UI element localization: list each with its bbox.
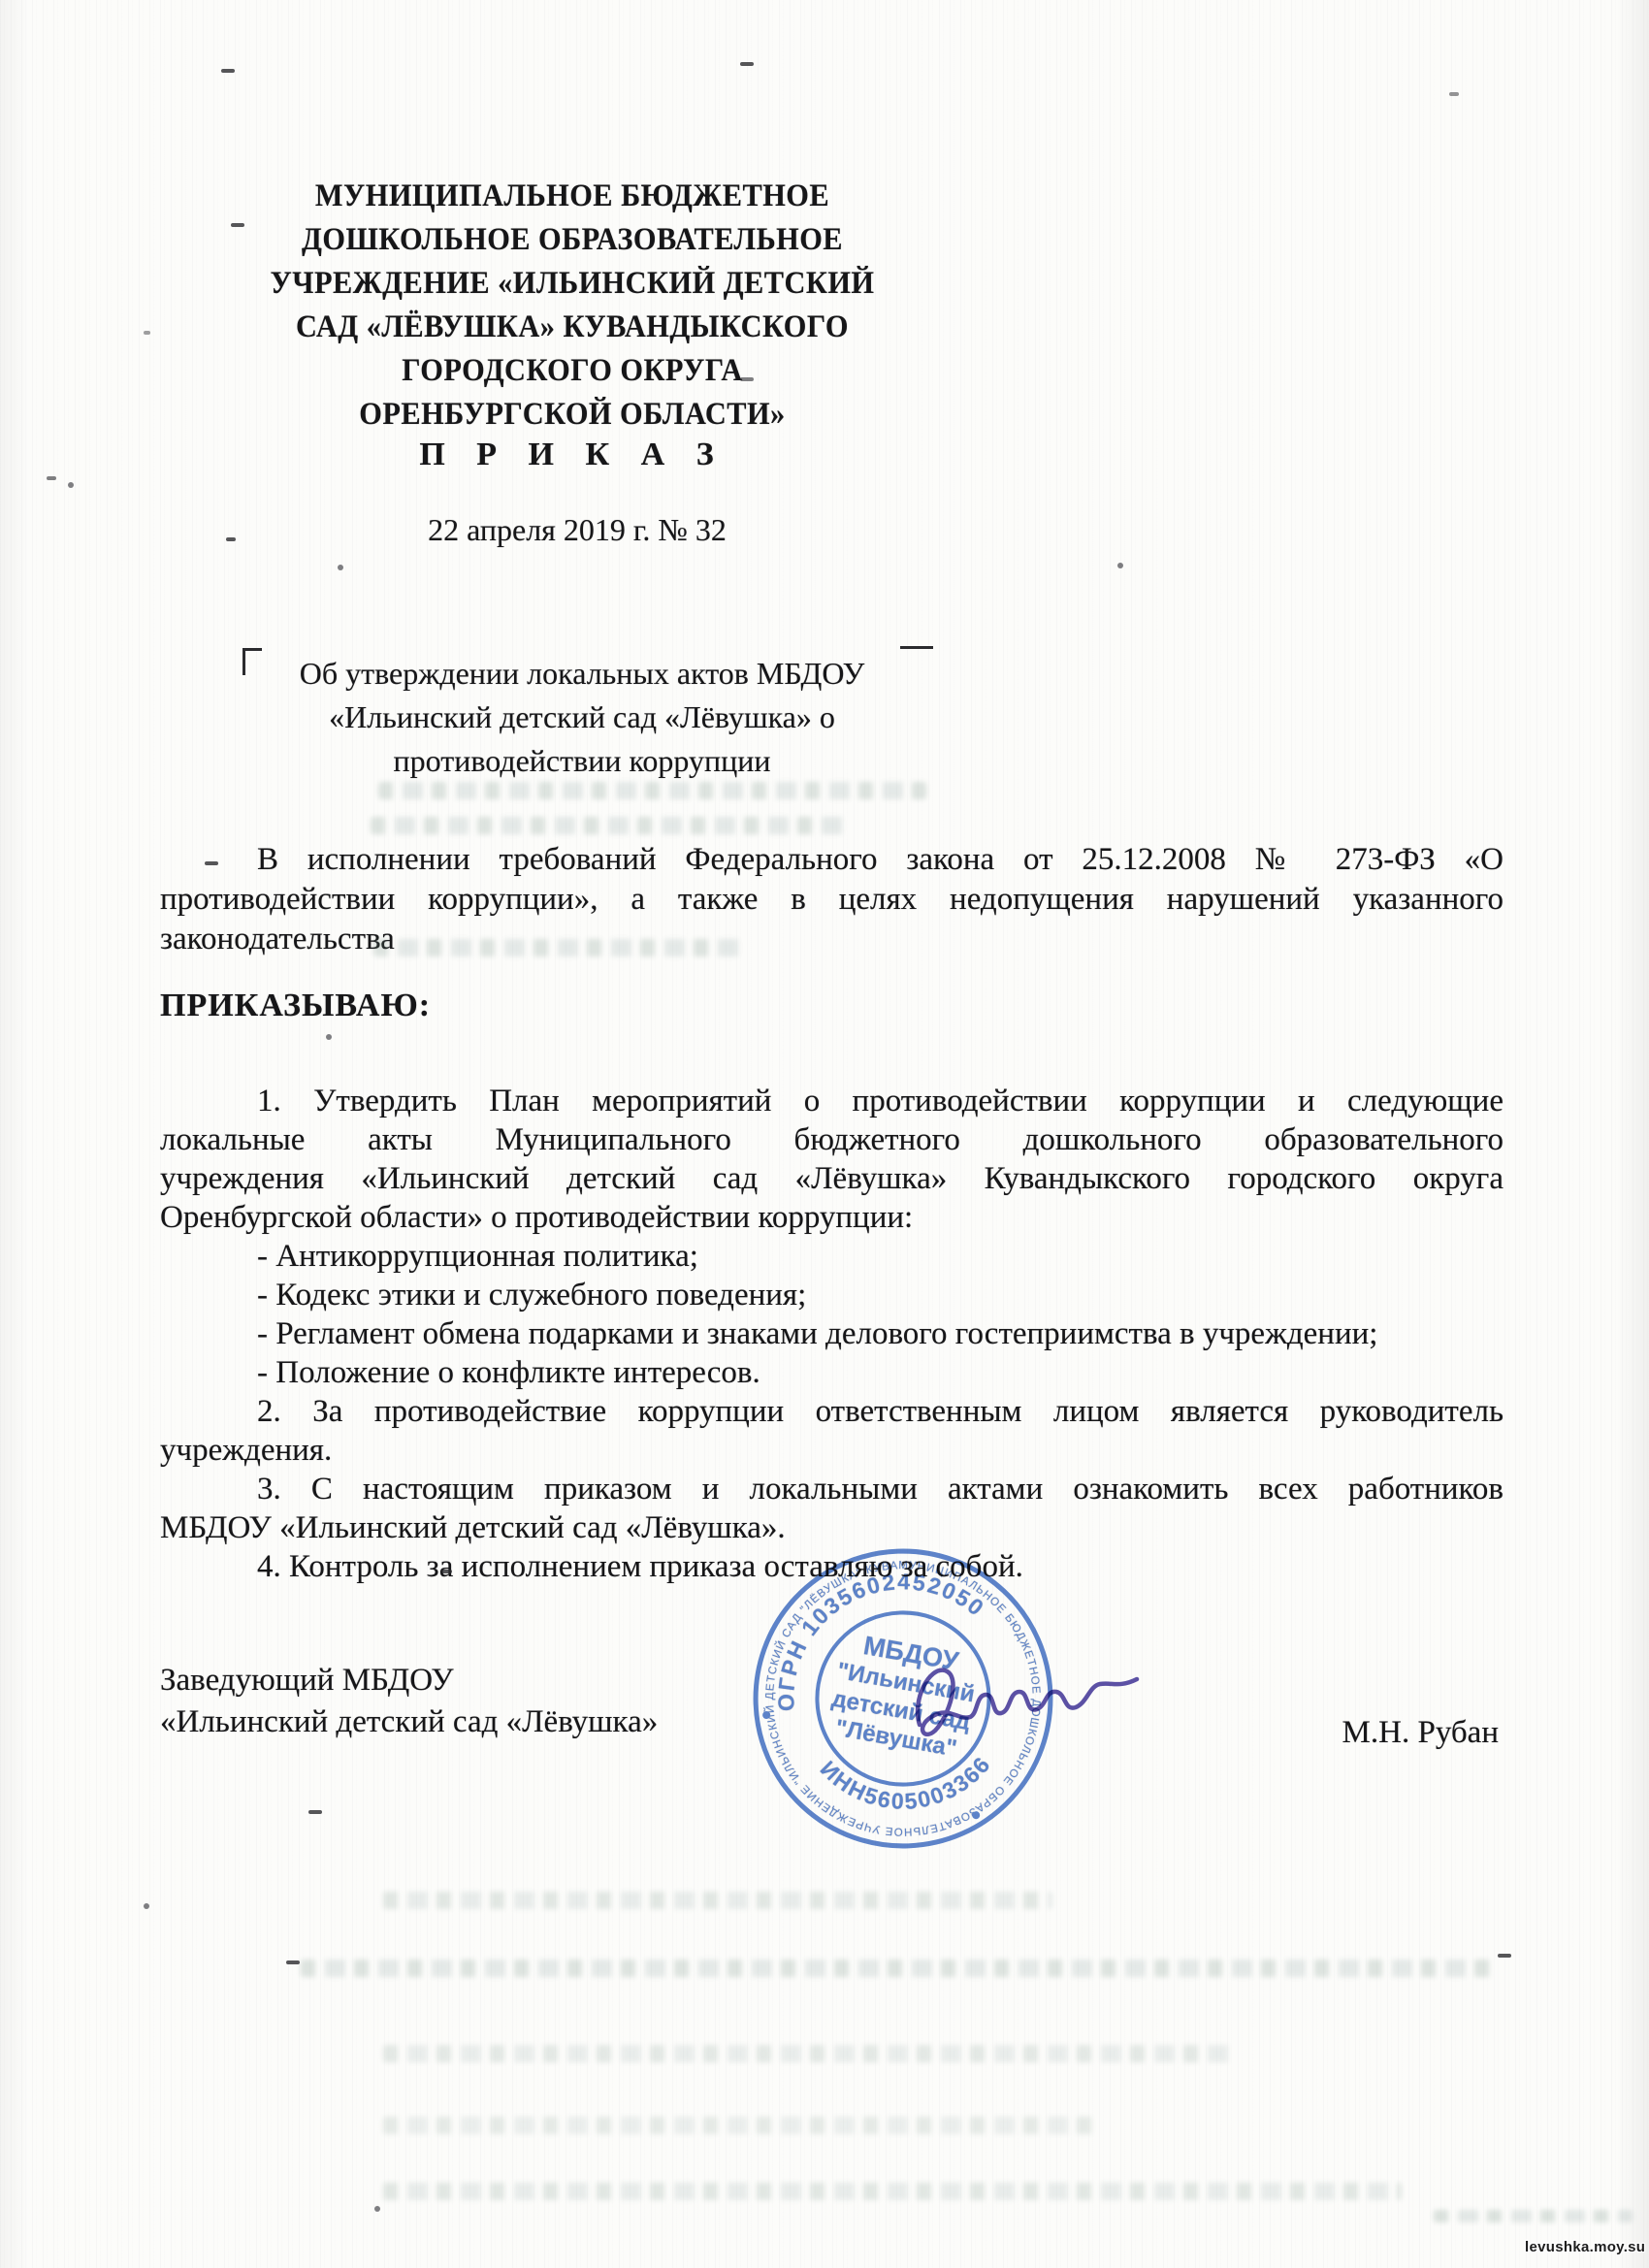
scan-artifact	[1449, 92, 1459, 96]
org-name-line: МУНИЦИПАЛЬНОЕ БЮДЖЕТНОЕ	[269, 175, 876, 218]
scan-artifact	[308, 1810, 322, 1814]
scan-artifact	[1498, 1954, 1511, 1958]
signature-position-line: Заведующий МБДОУ	[160, 1663, 839, 1699]
scan-artifact	[221, 69, 235, 73]
order-line: Оренбургской области» о противодействии …	[160, 1198, 1503, 1237]
order-line: локальные акты Муниципального бюджетного…	[160, 1120, 1503, 1159]
scan-artifact	[1117, 563, 1123, 568]
signature-ink	[902, 1649, 1154, 1766]
org-name-line: ДОШКОЛЬНОЕ ОБРАЗОВАТЕЛЬНОЕ	[269, 218, 876, 262]
ghost-bleed-line	[301, 1960, 1494, 1977]
scan-artifact	[144, 1903, 149, 1909]
scan-artifact	[144, 331, 150, 335]
subject-block: Об утверждении локальных актов МБДОУ «Ил…	[242, 652, 921, 783]
scan-artifact	[205, 861, 218, 865]
order-line: 1. Утвердить План мероприятий о противод…	[160, 1082, 1503, 1120]
order-line: учреждения.	[160, 1431, 1503, 1470]
scan-artifact	[740, 62, 754, 66]
order-line: - Кодекс этики и служебного поведения;	[160, 1276, 1503, 1314]
scan-artifact	[226, 537, 236, 541]
preamble-line: противодействии коррупции», а также в це…	[160, 880, 1503, 919]
ghost-bleed-line	[378, 782, 926, 799]
ghost-bleed-line	[1434, 2210, 1633, 2222]
order-line: - Положение о конфликте интересов.	[160, 1353, 1503, 1392]
scan-artifact	[740, 377, 754, 381]
order-heading: ПРИКАЗЫВАЮ:	[160, 988, 431, 1024]
handwritten-signature	[902, 1649, 1154, 1766]
ghost-bleed-line	[383, 2117, 1101, 2134]
order-line: учреждения «Ильинский детский сад «Лёвуш…	[160, 1159, 1503, 1198]
site-watermark: levushka.moy.su	[1525, 2239, 1645, 2255]
ghost-bleed-line	[383, 2183, 1402, 2200]
subject-line: «Ильинский детский сад «Лёвушка» о	[242, 696, 921, 739]
scan-artifact	[286, 1960, 300, 1964]
org-name-line: ГОРОДСКОГО ОКРУГА	[269, 349, 876, 393]
ghost-bleed-line	[383, 1892, 1052, 1909]
order-line: - Регламент обмена подарками и знаками д…	[160, 1314, 1503, 1353]
scan-artifact	[68, 482, 74, 488]
ghost-bleed-line	[373, 939, 742, 956]
ghost-bleed-line	[383, 2045, 1237, 2062]
org-name-header: МУНИЦИПАЛЬНОЕ БЮДЖЕТНОЕ ДОШКОЛЬНОЕ ОБРАЗ…	[269, 175, 876, 437]
scanned-order-document: МУНИЦИПАЛЬНОЕ БЮДЖЕТНОЕ ДОШКОЛЬНОЕ ОБРАЗ…	[0, 0, 1649, 2268]
ghost-bleed-line	[371, 817, 851, 834]
org-name-line: ОРЕНБУРГСКОЙ ОБЛАСТИ»	[269, 393, 876, 437]
scan-artifact	[231, 223, 244, 227]
subject-corner-right	[900, 646, 933, 649]
preamble-line: законодательства	[160, 920, 1503, 958]
order-line: - Антикоррупционная политика;	[160, 1237, 1503, 1276]
org-name-line: УЧРЕЖДЕНИЕ «ИЛЬИНСКИЙ ДЕТСКИЙ	[269, 262, 876, 306]
doc-type-title: П Р И К А З	[242, 437, 902, 473]
subject-line: Об утверждении локальных актов МБДОУ	[242, 652, 921, 696]
subject-line: противодействии коррупции	[242, 739, 921, 783]
scan-artifact	[338, 565, 343, 570]
order-line: МБДОУ «Ильинский детский сад «Лёвушка».	[160, 1508, 1503, 1547]
order-line: 3. С настоящим приказом и локальными акт…	[160, 1470, 1503, 1508]
signature-stroke	[918, 1670, 1137, 1734]
scan-artifact	[374, 2206, 380, 2212]
scan-artifact	[326, 1034, 332, 1040]
signature-position-line: «Ильинский детский сад «Лёвушка»	[160, 1704, 839, 1740]
org-name-line: САД «ЛЁВУШКА» КУВАНДЫКСКОГО	[269, 306, 876, 349]
scan-artifact	[47, 476, 56, 480]
order-line: 2. За противодействие коррупции ответств…	[160, 1392, 1503, 1431]
preamble-line: В исполнении требований Федерального зак…	[160, 840, 1503, 879]
signatory-name: М.Н. Рубан	[1261, 1715, 1499, 1751]
scan-artifact	[441, 1570, 452, 1573]
doc-date-number: 22 апреля 2019 г. № 32	[242, 512, 912, 548]
